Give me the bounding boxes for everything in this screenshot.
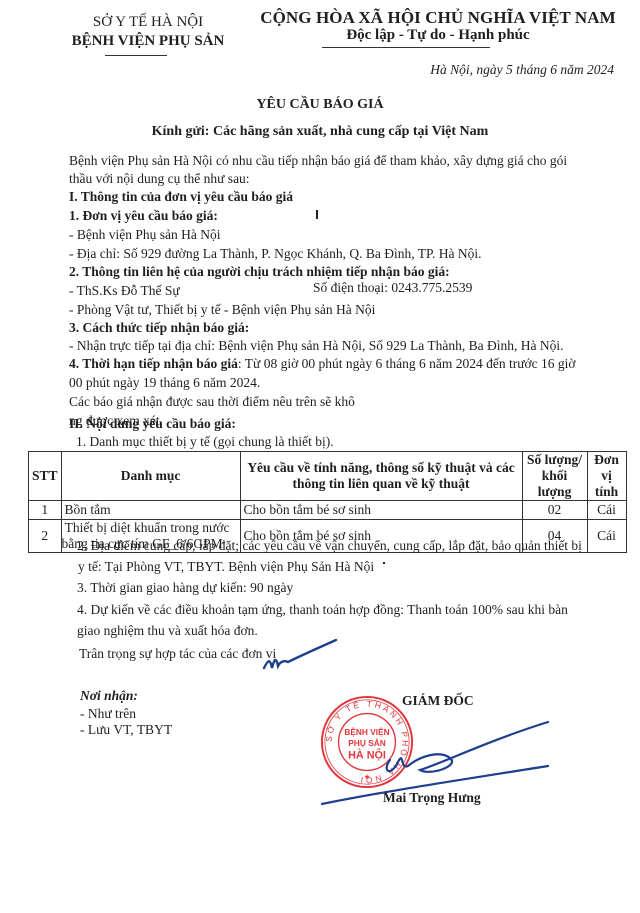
cell-name: Bồn tắm xyxy=(61,501,240,520)
motto-underline xyxy=(322,47,490,48)
recipient-item: - Lưu VT, TBYT xyxy=(80,722,172,738)
scan-dot xyxy=(383,562,385,564)
header-quantity: Số lượng/khối lượng xyxy=(522,452,587,501)
cell-requirements: Cho bồn tắm bé sơ sinh xyxy=(240,501,522,520)
org-underline xyxy=(105,55,167,56)
date-line: Hà Nội, ngày 5 tháng 6 năm 2024 xyxy=(430,62,614,78)
contact-name: - ThS.Ks Đỗ Thế Sự xyxy=(69,283,180,299)
section2-heading: II. Nội dung yêu cầu báo giá: xyxy=(69,416,236,432)
section1-sub2-heading: 2. Thông tin liên hệ của người chịu trác… xyxy=(69,264,450,280)
delivery-time: 3. Thời gian giao hàng dự kiến: 90 ngày xyxy=(77,580,293,596)
header-unit-line2: tính xyxy=(591,484,623,500)
cell-stt: 2 xyxy=(29,520,62,553)
signer-name: Mai Trọng Hưng xyxy=(383,790,481,806)
header-requirements: Yêu cầu về tính năng, thông số kỹ thuật … xyxy=(240,452,522,501)
header-requirements-line1: Yêu cầu về tính năng, thông số kỹ thuật … xyxy=(244,460,519,476)
header-requirements-line2: thông tin liên quan về kỹ thuật xyxy=(244,476,519,492)
late-note-1: Các báo giá nhận được sau thời điểm nêu … xyxy=(69,394,355,410)
header-quantity-line1: Số lượng/ xyxy=(526,452,584,468)
org-parent: SỞ Y TẾ HÀ NỘI xyxy=(68,14,228,31)
closing-line: Trân trọng sự hợp tác của các đơn vị xyxy=(79,646,276,662)
intro-line-1: Bệnh viện Phụ sản Hà Nội có nhu cầu tiếp… xyxy=(69,153,567,169)
cell-unit: Cái xyxy=(587,501,626,520)
cell-quantity: 02 xyxy=(522,501,587,520)
device-list-caption: 1. Danh mục thiết bị y tế (gọi chung là … xyxy=(76,434,334,450)
recipient-line: Kính gửi: Các hãng sản xuất, nhà cung cấ… xyxy=(0,124,640,140)
table-header-row: STT Danh mục Yêu cầu về tính năng, thông… xyxy=(29,452,627,501)
header-unit: Đơn vịtính xyxy=(587,452,626,501)
receive-method: - Nhận trực tiếp tại địa chỉ: Bệnh viện … xyxy=(69,338,563,354)
recipient-item: - Như trên xyxy=(80,706,136,722)
recipients-heading: Nơi nhận: xyxy=(80,688,138,704)
document-title: YÊU CẦU BÁO GIÁ xyxy=(0,97,640,113)
header-stt: STT xyxy=(29,452,62,501)
delivery-location-line-1: 2. Địa điểm cung cấp, lắp đặt; các yêu c… xyxy=(77,538,582,554)
cell-stt: 1 xyxy=(29,501,62,520)
delivery-location-line-2: y tế: Tại Phòng VT, TBYT. Bệnh viện Phụ … xyxy=(78,559,374,575)
cell-name-line1: Thiết bị diệt khuẩn trong nước xyxy=(62,520,237,536)
motto: Độc lập - Tự do - Hạnh phúc xyxy=(310,27,566,44)
contact-phone: Số điện thoại: 0243.775.2539 xyxy=(313,280,472,296)
section1-sub3-heading: 3. Cách thức tiếp nhận báo giá: xyxy=(69,320,249,336)
org-name: BỆNH VIỆN PHỤ SẢN xyxy=(68,33,228,50)
payment-terms-line-2: giao nghiệm thu và xuất hóa đơn. xyxy=(77,623,258,639)
section1-heading: I. Thông tin của đơn vị yêu cầu báo giá xyxy=(69,189,293,205)
section1-sub1-heading: 1. Đơn vị yêu cầu báo giá: xyxy=(69,208,218,224)
header-unit-line1: Đơn vị xyxy=(591,452,623,484)
payment-terms-line-1: 4. Dự kiến về các điều khoản tạm ứng, th… xyxy=(77,602,568,618)
table-row: 1 Bồn tắm Cho bồn tắm bé sơ sinh 02 Cái xyxy=(29,501,627,520)
contact-department: - Phòng Vật tư, Thiết bị y tế - Bệnh việ… xyxy=(69,302,375,318)
requester-address: - Địa chỉ: Số 929 đường La Thành, P. Ngọ… xyxy=(69,246,482,262)
header-quantity-line2: khối lượng xyxy=(526,468,584,500)
deadline-line-2: 00 phút ngày 19 tháng 6 năm 2024. xyxy=(69,375,260,391)
cell-unit: Cái xyxy=(587,520,626,553)
requester-name: - Bệnh viện Phụ sản Hà Nội xyxy=(69,227,220,243)
deadline-line-1: 4. Thời hạn tiếp nhận báo giá: Từ 08 giờ… xyxy=(69,356,576,372)
scan-mark xyxy=(316,210,318,219)
nation-title: CỘNG HÒA XÃ HỘI CHỦ NGHĨA VIỆT NAM xyxy=(248,8,628,28)
deadline-text: : Từ 08 giờ 00 phút ngày 6 tháng 6 năm 2… xyxy=(238,356,576,371)
header-name: Danh mục xyxy=(61,452,240,501)
section1-sub4-heading: 4. Thời hạn tiếp nhận báo giá xyxy=(69,356,238,371)
initial-signature-icon xyxy=(258,638,338,678)
intro-line-2: thầu với nội dung cụ thể như sau: xyxy=(69,171,250,187)
